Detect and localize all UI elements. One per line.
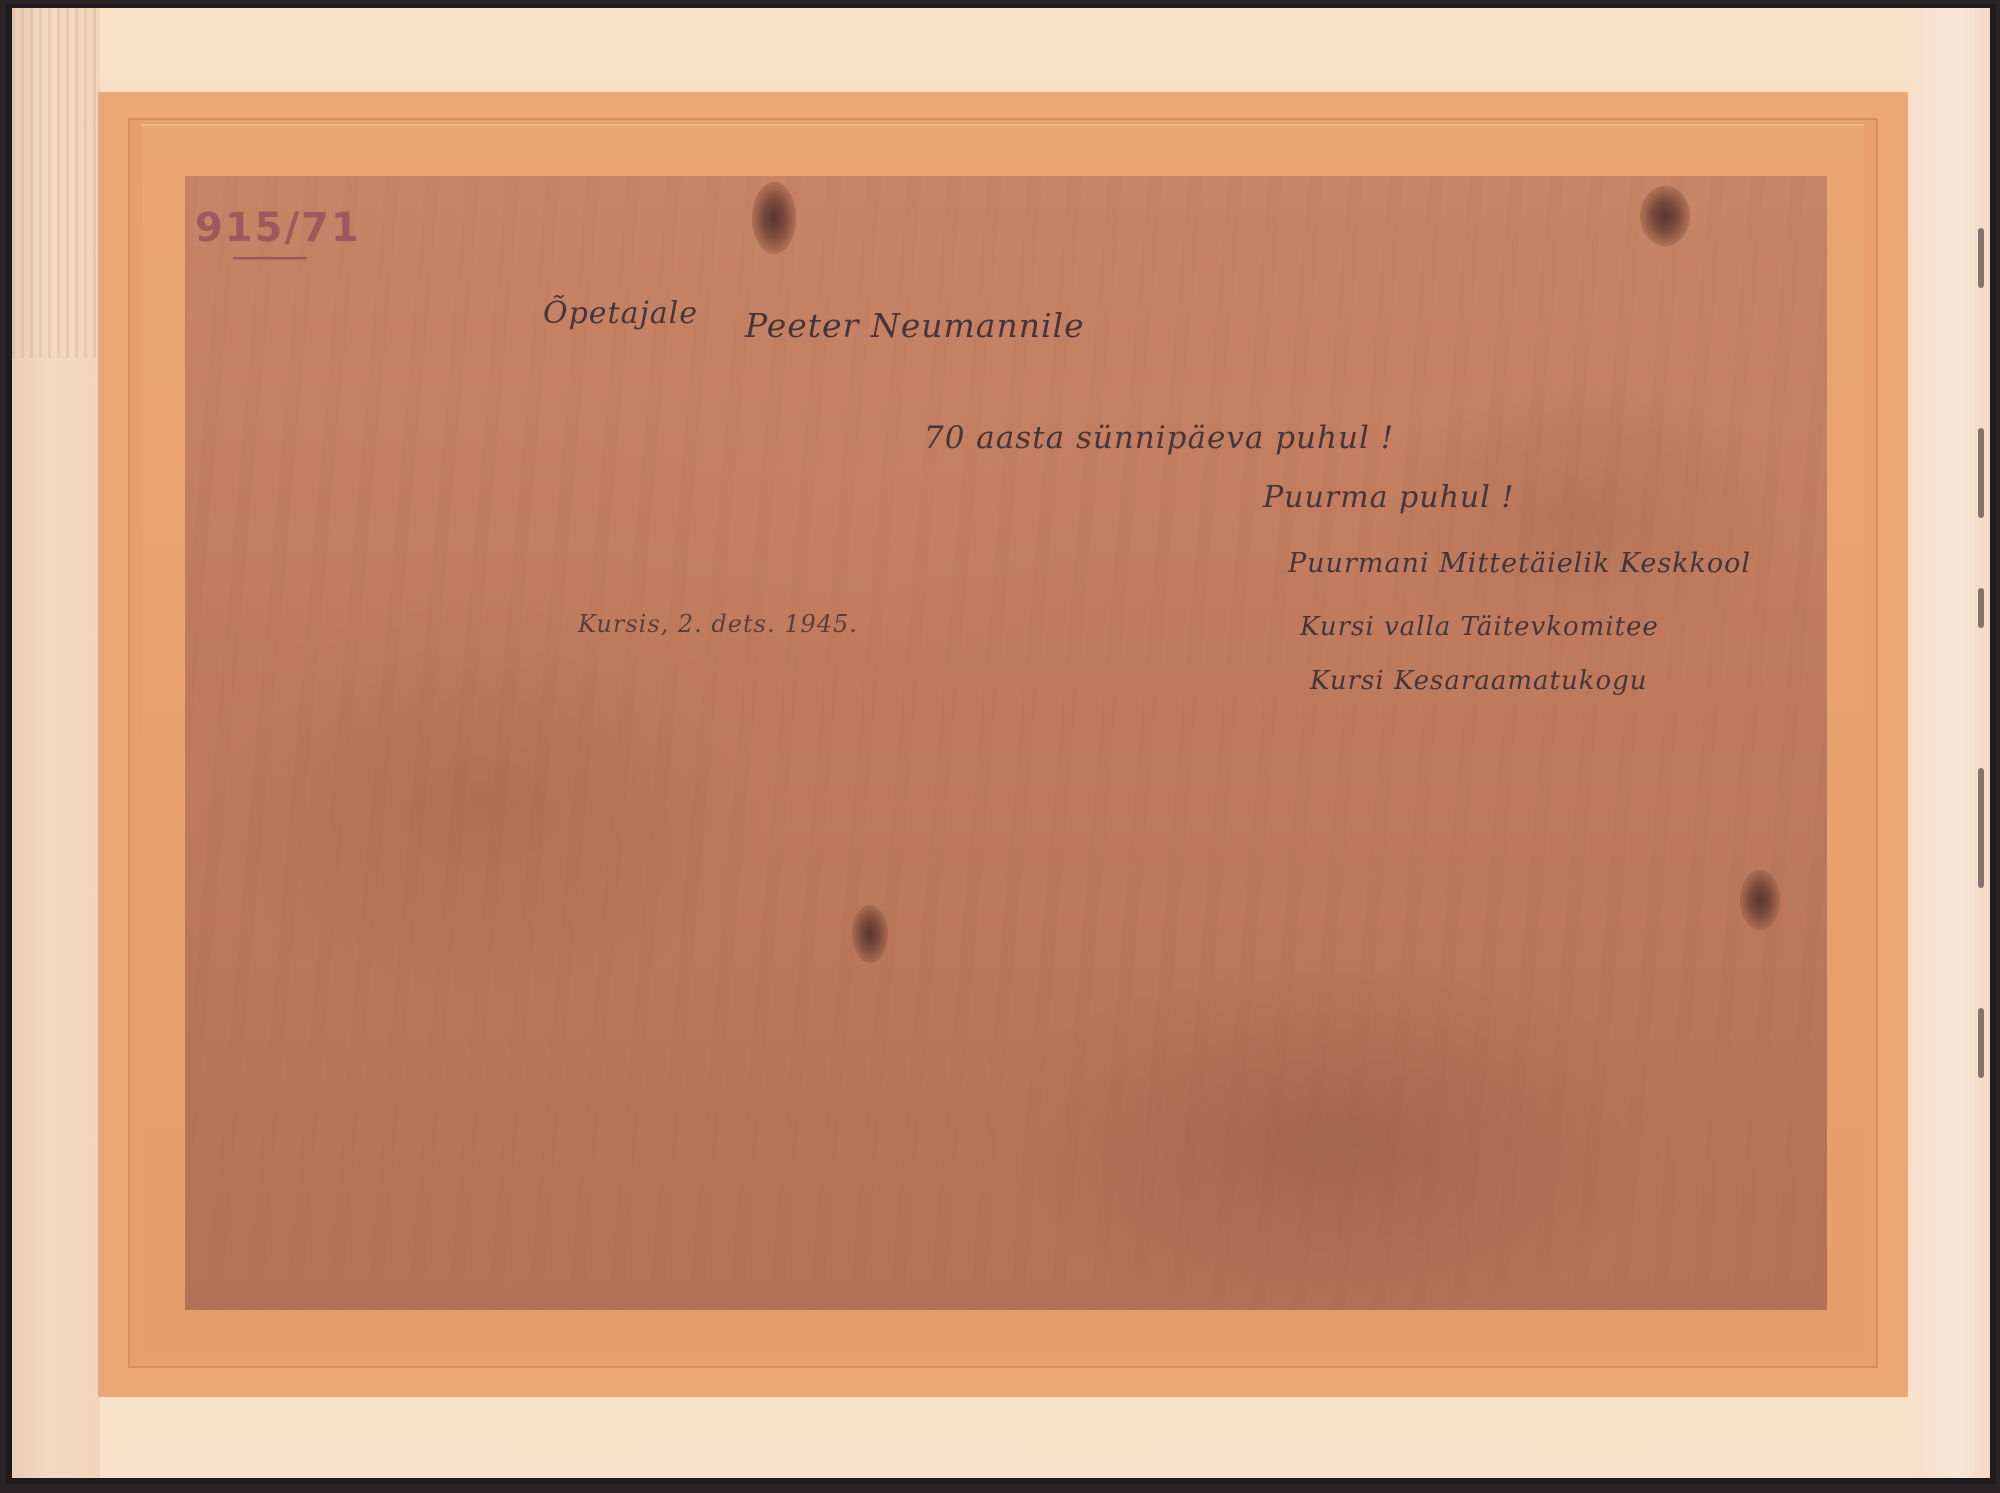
frame-wear-mark [1978,1008,1984,1078]
inscription-place-date: Kursis, 2. dets. 1945. [578,610,858,638]
stamp-number: 915/71 [195,205,405,251]
wood-knot [1640,186,1690,246]
wood-grain [12,8,100,358]
wood-knot [752,182,796,254]
wooden-panel-back [185,176,1827,1310]
frame-wear-mark [1978,768,1984,888]
inscription-occasion: 70 aasta sünnipäeva puhul ! [924,420,1394,456]
wood-knot [1740,870,1780,930]
inscription-library: Kursi Kesaraamatukogu [1310,666,1647,696]
inscription-recipient: Peeter Neumannile [745,306,1085,345]
frame-wear-mark [1978,228,1984,288]
stamp-subtext: ▔▔▔▔▔▔ [233,257,307,276]
frame-wear-mark [1978,428,1984,518]
inscription-committee: Kursi valla Täitevkomitee [1300,612,1659,642]
inscription-salutation: Õpetajale [543,296,698,331]
faded-stamp: 915/71 ▔▔▔▔▔▔ [195,205,405,285]
frame-wear-mark [1978,588,1984,628]
wood-knot [852,905,888,963]
inscription-line3: Puurma puhul ! [1263,480,1514,515]
frame-right-rail [1912,8,1990,1478]
frame-left-rail [12,8,100,1478]
inscription-school: Puurmani Mittetäielik Keskkool [1288,548,1751,579]
